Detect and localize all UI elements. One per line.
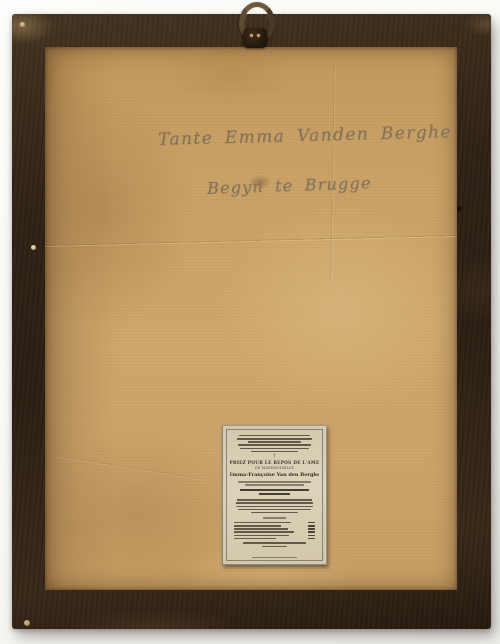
- illegible-text-line: [234, 441, 316, 443]
- illegible-text-line: [234, 489, 316, 491]
- hanging-ring-mount: [243, 28, 267, 48]
- nail-left: [31, 245, 36, 250]
- illegible-text-line: [234, 493, 316, 495]
- illegible-text-line: [234, 451, 316, 453]
- illegible-text-line: [234, 528, 316, 530]
- illegible-text-line: [234, 499, 316, 501]
- card-residence-lines: [230, 488, 319, 495]
- illegible-text-line: [234, 448, 316, 450]
- card-cross: †: [273, 455, 275, 460]
- card-content: † PRIEZ POUR LE REPOS DE L'AME DE MADEMO…: [230, 432, 319, 559]
- card-body-paragraph: [230, 498, 319, 514]
- illegible-text-line: [234, 522, 316, 524]
- backing-paper: Tante Emma Vanden Berghe Begyn te Brugge…: [45, 47, 457, 590]
- illegible-text-line: [234, 531, 316, 533]
- handwriting-line-2: Begyn te Brugge: [207, 173, 372, 198]
- illegible-text-line: [234, 542, 316, 544]
- illegible-text-line: [234, 535, 316, 537]
- nail-hole-right: [457, 207, 461, 211]
- illegible-text-line: [234, 517, 316, 519]
- card-prayer-heading: [230, 516, 319, 519]
- illegible-text-line: [234, 509, 316, 511]
- card-imprint: [230, 556, 319, 559]
- nail-bottom-left: [24, 620, 30, 626]
- card-date-lines: [230, 481, 319, 487]
- illegible-text-line: [234, 557, 316, 559]
- paper-crease-diagonal: [56, 455, 204, 480]
- illegible-text-line: [234, 525, 316, 527]
- illegible-text-line: [234, 546, 316, 548]
- picture-frame: Tante Emma Vanden Berghe Begyn te Brugge…: [12, 14, 491, 629]
- illegible-text-line: [234, 512, 316, 514]
- illegible-text-line: [234, 538, 316, 540]
- photo-frame-back: Tante Emma Vanden Berghe Begyn te Brugge…: [0, 0, 500, 644]
- card-closing-lines: [230, 542, 319, 548]
- handwriting-line-1: Tante Emma Vanden Berghe: [158, 122, 452, 150]
- card-subheading: DE MADEMOISELLE: [255, 467, 294, 471]
- illegible-text-line: [234, 502, 316, 504]
- illegible-text-line: [234, 484, 316, 486]
- illegible-text-line: [234, 435, 316, 437]
- card-indulgence-list: [230, 521, 319, 540]
- illegible-text-line: [234, 444, 316, 446]
- card-name: Emma-Françoise Van den Berghe: [230, 473, 319, 479]
- paper-crease-vertical: [330, 65, 336, 280]
- illegible-text-line: [234, 481, 316, 483]
- illegible-text-line: [234, 438, 316, 440]
- nail-top-left: [20, 22, 25, 27]
- paper-crease-horizontal: [45, 235, 457, 247]
- card-top-paragraph: [230, 434, 319, 453]
- memorial-card: † PRIEZ POUR LE REPOS DE L'AME DE MADEMO…: [222, 425, 327, 565]
- illegible-text-line: [234, 506, 316, 508]
